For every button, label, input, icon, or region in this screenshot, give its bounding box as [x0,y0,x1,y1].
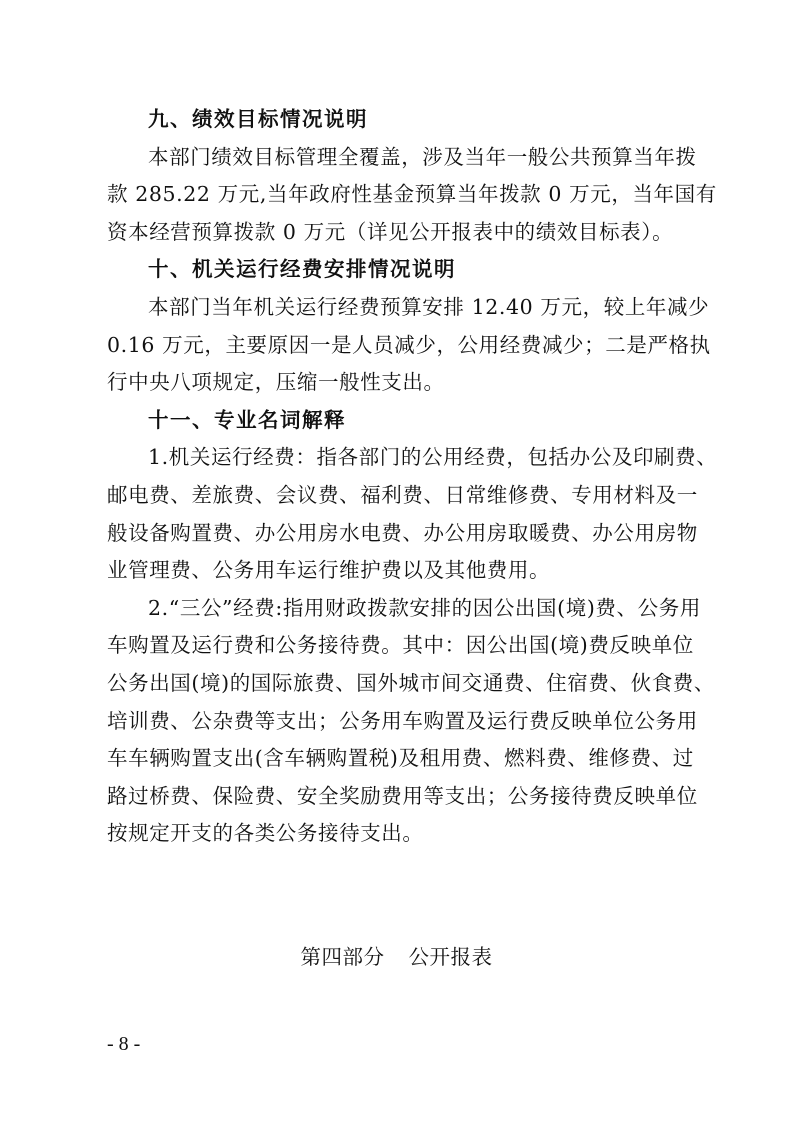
glossary-item-line: 般设备购置费、办公用房水电费、办公用房取暖费、办公用房物 [107,515,691,553]
glossary-item-line: 按规定开支的各类公务接待支出。 [107,815,691,853]
part-title: 第四部分公开报表 [0,940,793,970]
paragraph-line: 款 285.22 万元,当年政府性基金预算当年拨款 0 万元，当年国有 [107,176,691,214]
paragraph-line: 本部门当年机关运行经费预算安排 12.40 万元，较上年减少 [107,289,691,327]
glossary-item-line: 1.机关运行经费：指各部门的公用经费，包括办公及印刷费、 [107,439,691,477]
document-body: 九、绩效目标情况说明 本部门绩效目标管理全覆盖，涉及当年一般公共预算当年拨 款 … [107,101,691,853]
document-page: 九、绩效目标情况说明 本部门绩效目标管理全覆盖，涉及当年一般公共预算当年拨 款 … [0,0,793,1122]
part-title-name: 公开报表 [409,945,493,969]
glossary-item-line: 公务出国(境)的国际旅费、国外城市间交通费、住宿费、伙食费、 [107,665,691,703]
glossary-item-line: 路过桥费、保险费、安全奖励费用等支出；公务接待费反映单位 [107,778,691,816]
page-number: - 8 - [107,1033,140,1056]
glossary-item-line: 车车辆购置支出(含车辆购置税)及租用费、燃料费、维修费、过 [107,740,691,778]
section-heading-operating-expenses: 十、机关运行经费安排情况说明 [107,251,691,289]
paragraph-line: 0.16 万元，主要原因一是人员减少，公用经费减少；二是严格执 [107,327,691,365]
glossary-item-line: 业管理费、公务用车运行维护费以及其他费用。 [107,552,691,590]
paragraph-line: 资本经营预算拨款 0 万元（详见公开报表中的绩效目标表）。 [107,214,691,252]
glossary-item-line: 车购置及运行费和公务接待费。其中：因公出国(境)费反映单位 [107,627,691,665]
glossary-item-line: 邮电费、差旅费、会议费、福利费、日常维修费、专用材料及一 [107,477,691,515]
section-heading-performance-goals: 九、绩效目标情况说明 [107,101,691,139]
paragraph-line: 行中央八项规定，压缩一般性支出。 [107,364,691,402]
paragraph-line: 本部门绩效目标管理全覆盖，涉及当年一般公共预算当年拨 [107,139,691,177]
section-heading-glossary: 十一、专业名词解释 [107,402,691,440]
glossary-item-line: 培训费、公杂费等支出；公务用车购置及运行费反映单位公务用 [107,703,691,741]
glossary-item-line: 2.“三公”经费:指用财政拨款安排的因公出国(境)费、公务用 [107,590,691,628]
part-title-number: 第四部分 [301,945,385,969]
